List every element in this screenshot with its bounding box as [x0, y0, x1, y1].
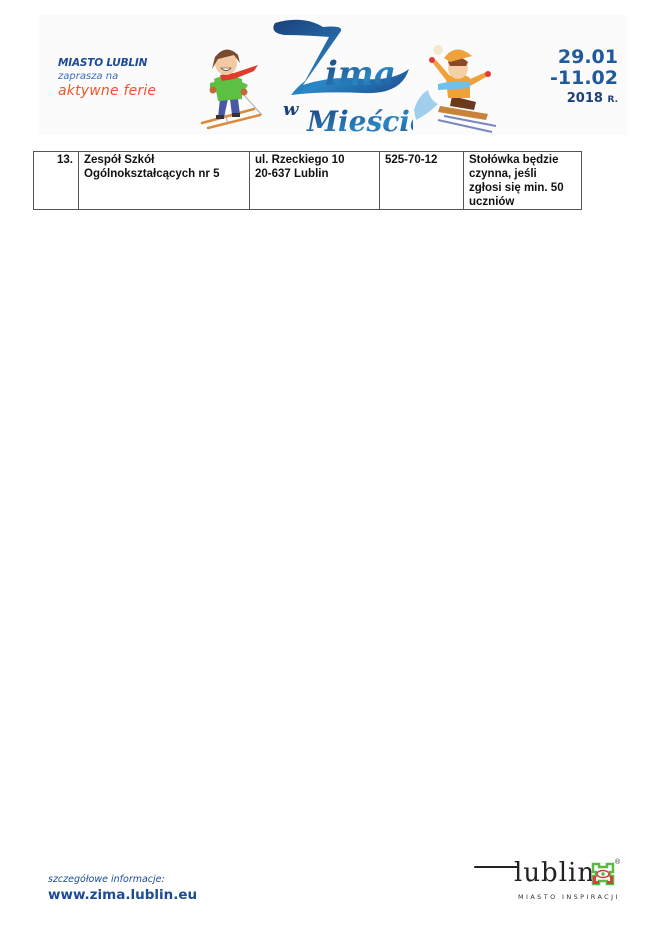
- svg-text:ima: ima: [325, 54, 396, 94]
- school-address: ul. Rzeckiego 10 20-637 Lublin: [250, 152, 380, 210]
- date-start: 29.01: [550, 48, 618, 67]
- info-url-link[interactable]: www.zima.lublin.eu: [48, 887, 197, 903]
- skier-illustration-icon: [194, 35, 274, 130]
- promo-text: MIASTO LUBLIN zaprasza na aktywne ferie: [58, 57, 156, 99]
- header-banner: MIASTO LUBLIN zaprasza na aktywne ferie: [38, 15, 628, 135]
- lublin-city-logo: lublin ® MIASTO INSPIRACJI: [474, 858, 624, 904]
- address-line: ul. Rzeckiego 10: [255, 153, 374, 167]
- lublin-emblem-icon: [591, 862, 615, 886]
- svg-text:w: w: [283, 99, 300, 120]
- address-line: 20-637 Lublin: [255, 167, 374, 181]
- date-year: 2018 R.: [550, 92, 618, 105]
- logo-stroke: [474, 866, 518, 868]
- school-name: Zespół Szkół Ogólnokształcących nr 5: [79, 152, 250, 210]
- event-dates: 29.01 -11.02 2018 R.: [550, 48, 618, 105]
- note-line: zgłosi się min. 50: [469, 181, 576, 195]
- year-value: 2018: [567, 91, 603, 106]
- note-line: czynna, jeśli: [469, 167, 576, 181]
- sledder-illustration-icon: [410, 40, 500, 135]
- logo-tagline: MIASTO INSPIRACJI: [518, 893, 620, 901]
- row-number: 13.: [34, 152, 79, 210]
- promo-invite: zaprasza na: [58, 71, 156, 82]
- logo-word: lublin: [514, 858, 595, 888]
- svg-text:Mieście: Mieście: [306, 105, 413, 137]
- school-note: Stołówka będzie czynna, jeśli zgłosi się…: [464, 152, 582, 210]
- table-row: 13. Zespół Szkół Ogólnokształcących nr 5…: [34, 152, 582, 210]
- note-line: Stołówka będzie: [469, 153, 576, 167]
- info-label: szczegółowe informacje:: [48, 874, 197, 885]
- school-name-line: Zespół Szkół: [84, 153, 244, 167]
- zima-w-miescie-logo-icon: ima w Mieście: [263, 15, 413, 137]
- school-phone: 525-70-12: [380, 152, 464, 210]
- footer-info: szczegółowe informacje: www.zima.lublin.…: [48, 874, 197, 903]
- promo-event: aktywne ferie: [58, 83, 156, 99]
- schools-table: 13. Zespół Szkół Ogólnokształcących nr 5…: [33, 151, 582, 210]
- note-line: uczniów: [469, 195, 576, 209]
- registered-mark: ®: [615, 859, 620, 866]
- date-end: -11.02: [550, 69, 618, 88]
- promo-city: MIASTO LUBLIN: [58, 57, 156, 69]
- year-suffix: R.: [607, 95, 618, 105]
- school-name-line: Ogólnokształcących nr 5: [84, 167, 244, 181]
